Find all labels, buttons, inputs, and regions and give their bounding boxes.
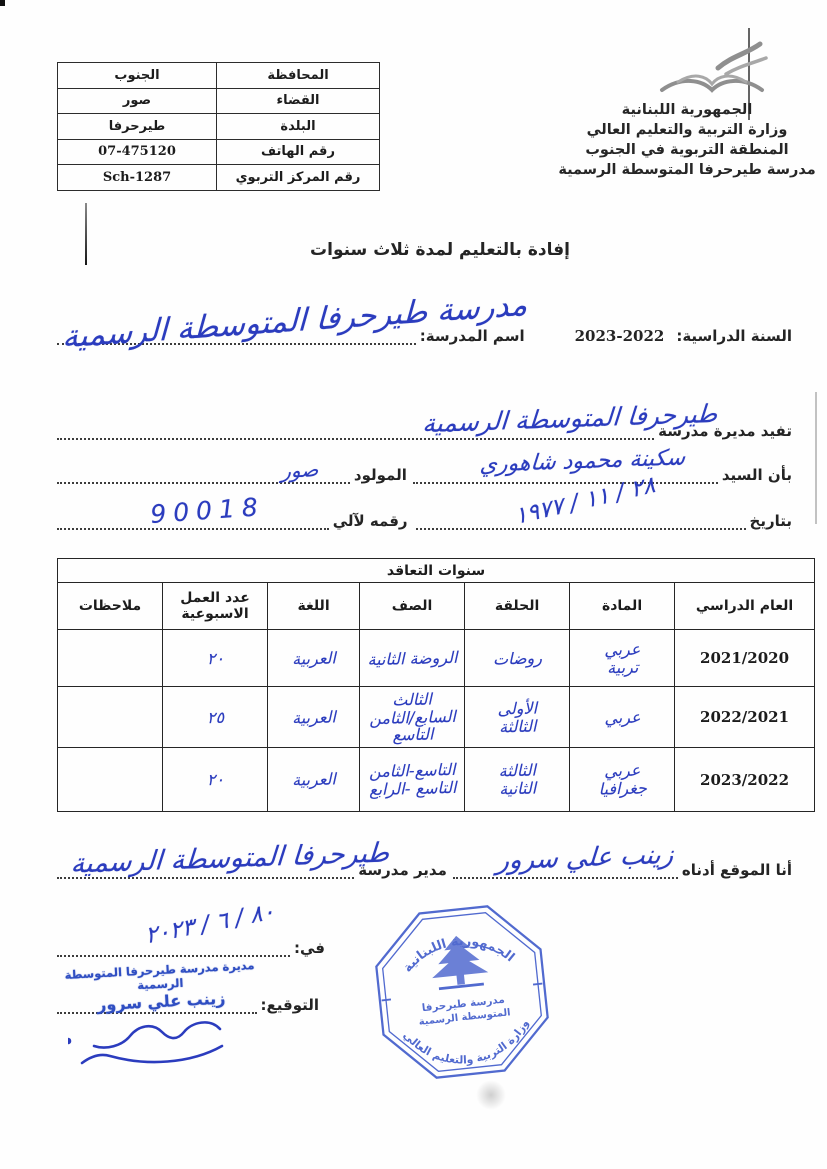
info-label-town: البلدة [217,114,380,140]
info-label-governorate: المحافظة [217,63,380,89]
table-row: القضاء صور [58,88,380,114]
header-line-region: المنطقة التربوية في الجنوب [553,140,821,160]
signature-scribble [68,1013,238,1075]
row3-year: 2023/2022 [675,748,815,812]
header-line-ministry: وزارة التربية والتعليم العالي [553,120,821,140]
signature-label: التوقيع: [257,996,320,1014]
row1-subject: عربي تربية [569,628,675,688]
undersigned-line: أنا الموقع أدناه مدير مدرسة [57,860,792,879]
info-value-district: صور [58,88,217,114]
handwritten-school-name: مدرسة طيرحرفا المتوسطة الرسمية [30,284,560,357]
certify-label: تفيد مديرة مدرسة [654,422,792,440]
row2-grade: الثالث السابع/الثامن التاسع [359,685,466,749]
table-row: 2022/2021 عربي الأولى الثالثة الثالث الس… [58,687,815,748]
row3-weekly-hours: ٢٠ [162,746,269,813]
row1-weekly-hours: ٢٠ [162,628,268,688]
row3-notes [57,746,164,813]
table-row: 2023/2022 عربي جغرافيا الثالثة الثانية ا… [58,748,815,812]
row1-language: العربية [267,628,360,687]
info-label-district: القضاء [217,88,380,114]
table-row: رقم الهاتف 07-475120 [58,139,380,165]
info-label-center-number: رقم المركز التربوي [217,165,380,191]
director-name-stamp: مديرة مدرسة طيرحرفا المتوسطة الرسمية زين… [57,958,264,1019]
col-header-notes: ملاحظات [58,583,163,630]
contract-table-title: سنوات التعاقد [58,559,815,583]
row2-language: العربية [267,685,361,748]
info-label-phone: رقم الهاتف [217,139,380,165]
issue-date-dotted-line [57,938,290,957]
born-dotted-line [57,465,350,484]
col-header-cycle: الحلقة [465,583,570,630]
issue-date-label: في: [290,939,325,957]
birthdate-dotted-line [416,511,746,530]
school-name-dotted-line [57,326,416,345]
person-line: بأن السيد المولود [57,465,792,484]
row3-cycle: الثالثة الثانية [464,746,571,813]
row1-year: 2021/2020 [675,630,815,687]
ministry-header: الجمهورية اللبنانية وزارة التربية والتعل… [553,100,821,180]
row1-cycle: روضات [464,628,570,688]
info-value-phone: 07-475120 [58,139,217,165]
school-year-label: السنة الدراسية: [672,327,792,345]
col-header-school-year: العام الدراسي [675,583,815,630]
issue-date-line: في: [57,938,325,957]
row2-year: 2022/2021 [675,687,815,748]
birthdate-line: بتاريخ رقمه لآلي [57,511,792,530]
col-header-subject: المادة [570,583,675,630]
school-year-value: 2023-2022 [567,327,673,345]
id-number-dotted-line [57,511,329,530]
school-year-line: السنة الدراسية: 2023-2022 اسم المدرسة: [57,326,792,345]
row3-subject: عربي جغرافيا [569,746,676,813]
row1-grade: الروضة الثانية [359,628,465,688]
table-row: البلدة طيرحرفا [58,114,380,140]
scan-artifact-line-left [85,203,87,265]
row2-subject: عربي [569,685,676,749]
director-school-dotted-line [57,860,354,879]
birthdate-label: بتاريخ [746,512,792,530]
row2-weekly-hours: ٢٥ [162,685,269,749]
person-label: بأن السيد [718,466,792,484]
table-row: رقم المركز التربوي Sch-1287 [58,165,380,191]
school-name-label: اسم المدرسة: [416,327,525,345]
info-value-center-number: Sch-1287 [58,165,217,191]
scanned-certificate-page: الجمهورية اللبنانية وزارة التربية والتعل… [0,0,827,1169]
col-header-language: اللغة [268,583,360,630]
info-value-town: طيرحرفا [58,114,217,140]
header-line-republic: الجمهورية اللبنانية [553,100,821,120]
born-label: المولود [350,466,413,484]
scan-artifact-corner [0,0,5,6]
certify-dotted-line [57,421,654,440]
undersigned-dotted-line [453,860,678,879]
col-header-grade: الصف [360,583,465,630]
row3-grade: التاسع-الثامن التاسع -الرابع [359,746,466,813]
header-line-school: مدرسة طيرحرفا المتوسطة الرسمية [553,160,821,180]
row2-notes [57,685,164,749]
official-octagon-stamp: الجمهورية اللبنانية وزارة التربية والتعل… [359,889,566,1096]
page-title: إفادة بالتعليم لمدة ثلاث سنوات [270,240,610,260]
undersigned-label: أنا الموقع أدناه [678,861,792,879]
open-book-logo-icon [648,34,776,106]
table-row: 2021/2020 عربي تربية روضات الروضة الثاني… [58,630,815,687]
row3-language: العربية [267,746,361,812]
certify-line: تفيد مديرة مدرسة [57,421,792,440]
school-info-table: المحافظة الجنوب القضاء صور البلدة طيرحرف… [57,62,380,191]
scan-artifact-line-right [815,392,817,524]
contract-years-table: سنوات التعاقد العام الدراسي المادة الحلق… [57,558,815,812]
table-row: المحافظة الجنوب [58,63,380,89]
director-label: مدير مدرسة [354,861,453,879]
id-number-label: رقمه لآلي [329,512,416,530]
info-value-governorate: الجنوب [58,63,217,89]
table-header-row: العام الدراسي المادة الحلقة الصف اللغة ع… [58,583,815,630]
table-title-row: سنوات التعاقد [58,559,815,583]
row1-notes [57,628,164,688]
person-dotted-line [413,465,718,484]
col-header-weekly-hours: عدد العمل الاسبوعية [163,583,268,630]
row2-cycle: الأولى الثالثة [464,685,571,749]
